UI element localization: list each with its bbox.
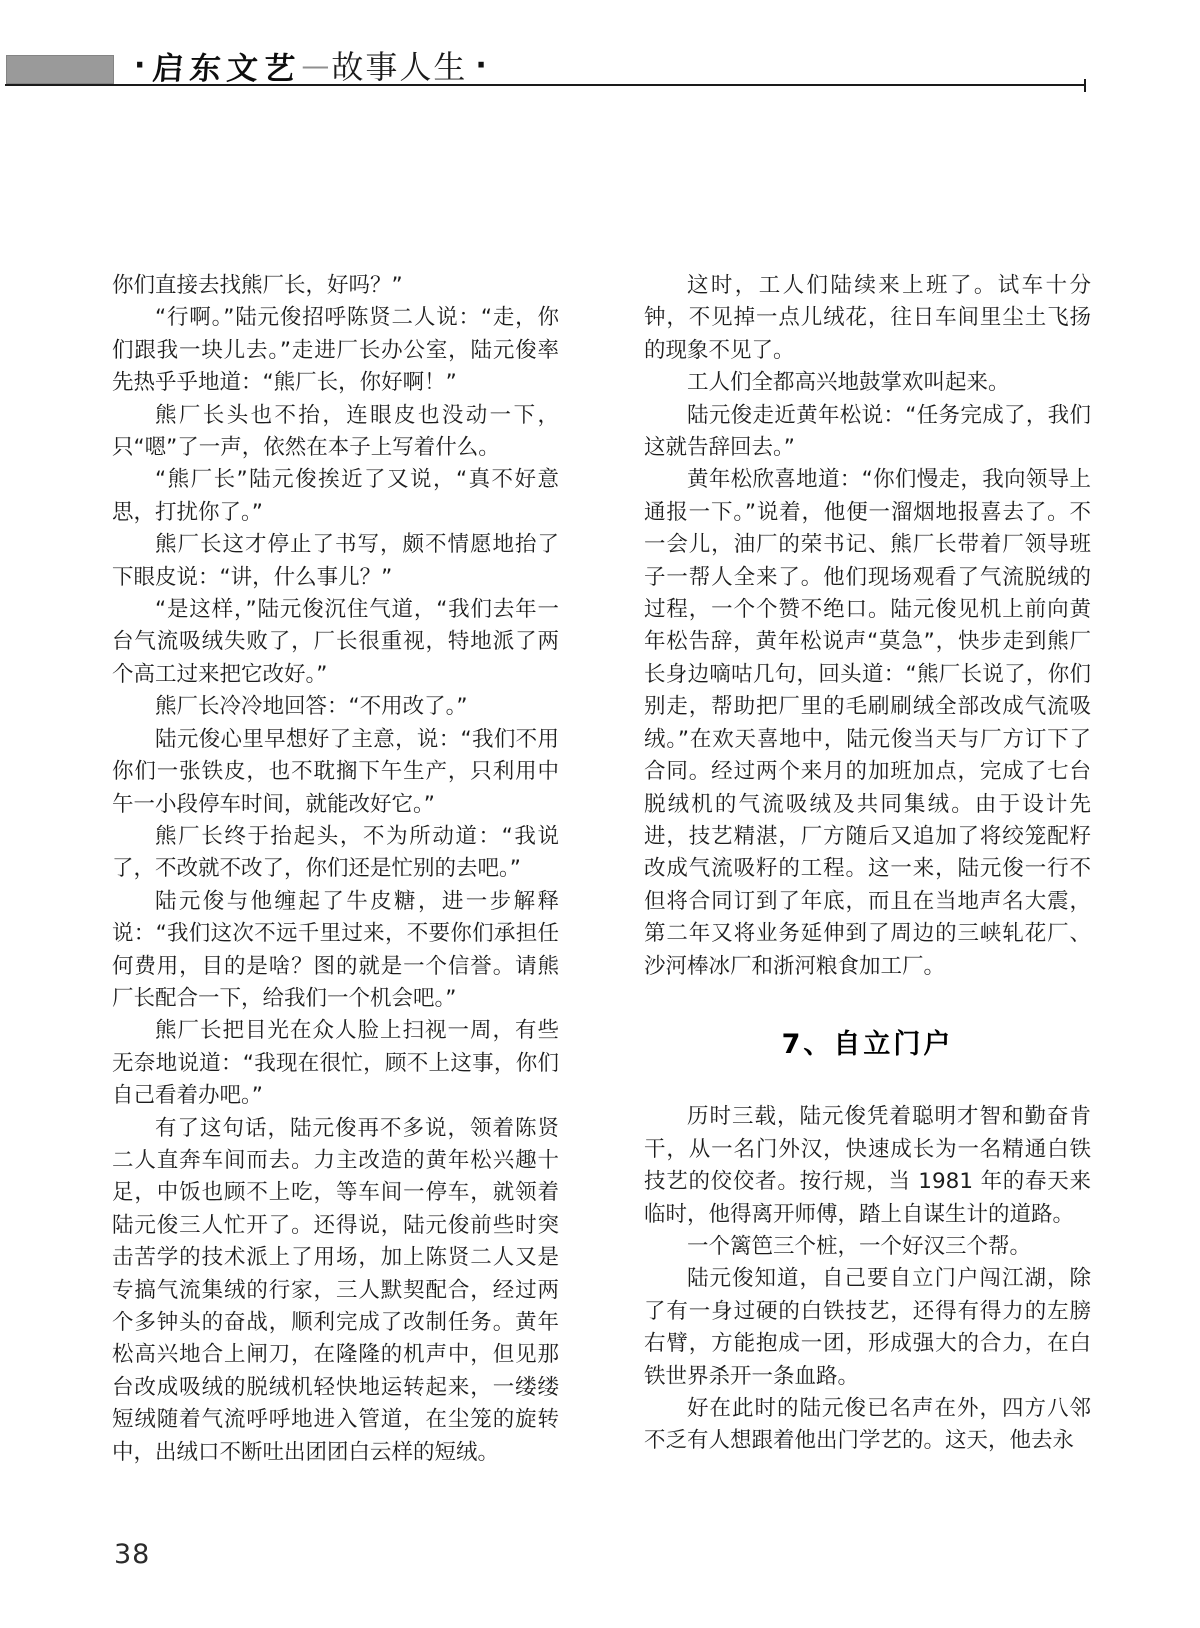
paragraph: 熊厂长把目光在众人脸上扫视一周，有些无奈地说道：“我现在很忙，顾不上这事，你们自… xyxy=(112,1015,559,1112)
right-column-bottom: 历时三载，陆元俊凭着聪明才智和勤奋肯干，从一名门外汉，快速成长为一名精通白铁技艺… xyxy=(644,1101,1091,1457)
header-rule xyxy=(5,84,1086,86)
paragraph: 陆元俊心里早想好了主意，说：“我们不用你们一张铁皮，也不耽搁下午生产，只利用中午… xyxy=(112,724,559,821)
header-right-bullet: · xyxy=(475,48,486,83)
right-column: 这时，工人们陆续来上班了。试车十分钟，不见掉一点儿绒花，往日车间里尘土飞扬的现象… xyxy=(644,270,1091,1469)
paragraph: 工人们全都高兴地鼓掌欢叫起来。 xyxy=(644,367,1091,399)
page-header: · 启东文艺 — 故事人生 · xyxy=(126,44,495,86)
paragraph: 黄年松欣喜地道：“你们慢走，我向领导上通报一下。”说着，他便一溜烟地报喜去了。不… xyxy=(644,464,1091,983)
paragraph: “是这样，”陆元俊沉住气道，“我们去年一台气流吸绒失败了，厂长很重视，特地派了两… xyxy=(112,594,559,691)
article-body: 你们直接去找熊厂长，好吗？”“行啊。”陆元俊招呼陈贤二人说：“走，你们跟我一块儿… xyxy=(112,270,1091,1469)
header-left-bullet: · xyxy=(134,48,145,83)
header-separator: — xyxy=(301,49,329,82)
paragraph: 熊厂长冷冷地回答：“不用改了。” xyxy=(112,691,559,723)
paragraph: 这时，工人们陆续来上班了。试车十分钟，不见掉一点儿绒花，往日车间里尘土飞扬的现象… xyxy=(644,270,1091,367)
paragraph: 你们直接去找熊厂长，好吗？” xyxy=(112,270,559,302)
magazine-title: 启东文艺 xyxy=(152,43,303,88)
paragraph: 有了这句话，陆元俊再不多说，领着陈贤二人直奔车间而去。力主改造的黄年松兴趣十足，… xyxy=(112,1113,559,1469)
paragraph: 陆元俊知道，自己要自立门户闯江湖，除了有一身过硬的白铁技艺，还得有得力的左膀右臂… xyxy=(644,1263,1091,1393)
paragraph: 熊厂长这才停止了书写，颇不情愿地抬了下眼皮说：“讲，什么事儿？” xyxy=(112,529,559,594)
paragraph: 一个篱笆三个桩，一个好汉三个帮。 xyxy=(644,1231,1091,1263)
left-column: 你们直接去找熊厂长，好吗？”“行啊。”陆元俊招呼陈贤二人说：“走，你们跟我一块儿… xyxy=(112,270,559,1469)
paragraph: “熊厂长”陆元俊挨近了又说，“真不好意思，打扰你了。” xyxy=(112,464,559,529)
page-number: 38 xyxy=(114,1539,150,1570)
magazine-page: · 启东文艺 — 故事人生 · 你们直接去找熊厂长，好吗？”“行啊。”陆元俊招呼… xyxy=(0,0,1200,1628)
column-title: 故事人生 xyxy=(331,42,467,88)
paragraph: 陆元俊与他缠起了牛皮糖，进一步解释说：“我们这次不远千里过来，不要你们承担任何费… xyxy=(112,886,559,1016)
header-gray-block xyxy=(6,55,114,84)
right-column-top: 这时，工人们陆续来上班了。试车十分钟，不见掉一点儿绒花，往日车间里尘土飞扬的现象… xyxy=(644,270,1091,983)
section-heading: 7、自立门户 xyxy=(644,1029,1091,1061)
paragraph: 好在此时的陆元俊已名声在外，四方八邻不乏有人想跟着他出门学艺的。这天，他去永 xyxy=(644,1393,1091,1458)
paragraph: 历时三载，陆元俊凭着聪明才智和勤奋肯干，从一名门外汉，快速成长为一名精通白铁技艺… xyxy=(644,1101,1091,1231)
paragraph: “行啊。”陆元俊招呼陈贤二人说：“走，你们跟我一块儿去。”走进厂长办公室，陆元俊… xyxy=(112,302,559,399)
paragraph: 熊厂长终于抬起头，不为所动道：“我说了，不改就不改了，你们还是忙别的去吧。” xyxy=(112,821,559,886)
paragraph: 陆元俊走近黄年松说：“任务完成了，我们这就告辞回去。” xyxy=(644,400,1091,465)
paragraph: 熊厂长头也不抬，连眼皮也没动一下，只“嗯”了一声，依然在本子上写着什么。 xyxy=(112,400,559,465)
